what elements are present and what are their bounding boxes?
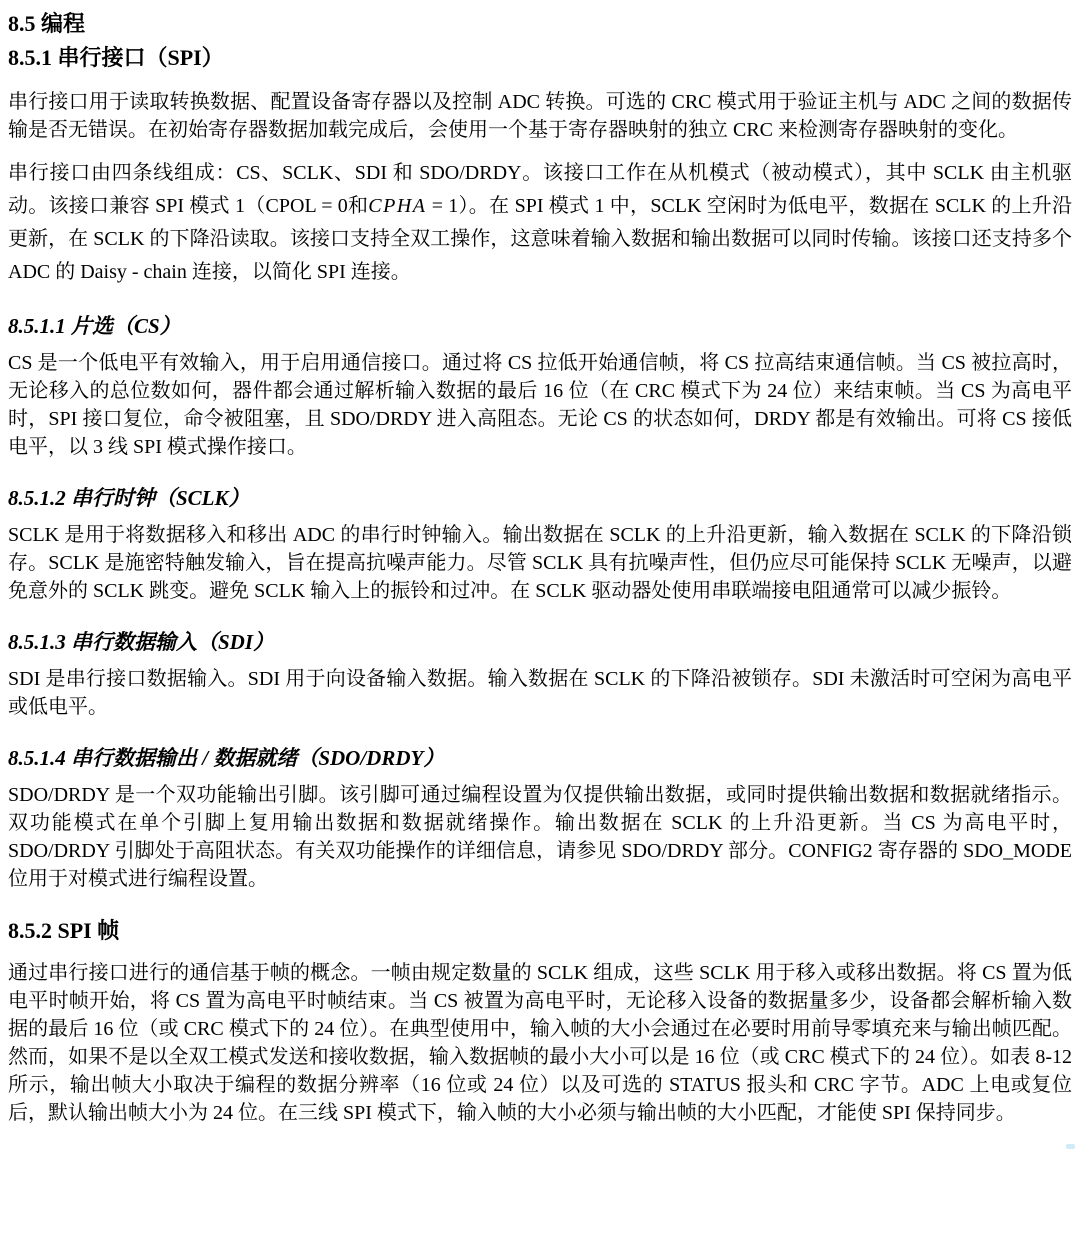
section-8-5-1-1-heading: 8.5.1.1 片选（CS） (8, 313, 1072, 340)
paragraph-spi-frame: 通过串行接口进行的通信基于帧的概念。一帧由规定数量的 SCLK 组成，这些 SC… (8, 959, 1072, 1127)
section-8-5-2-heading: 8.5.2 SPI 帧 (8, 917, 1072, 945)
paragraph-chip-select: CS 是一个低电平有效输入，用于启用通信接口。通过将 CS 拉低开始通信帧，将 … (8, 349, 1072, 461)
paragraph-serial-clock: SCLK 是用于将数据移入和移出 ADC 的串行时钟输入。输出数据在 SCLK … (8, 521, 1072, 605)
section-8-5-heading: 8.5 编程 (8, 10, 1072, 38)
section-8-5-1-2-heading: 8.5.1.2 串行时钟（SCLK） (8, 485, 1072, 512)
paragraph-spi-wires: 串行接口由四条线组成：CS、SCLK、SDI 和 SDO/DRDY。该接口工作在… (8, 157, 1072, 289)
paragraph-sdo-drdy: SDO/DRDY 是一个双功能输出引脚。该引脚可通过编程设置为仅提供输出数据，或… (8, 781, 1072, 893)
section-8-5-1-heading: 8.5.1 串行接口（SPI） (8, 44, 1072, 72)
cpha-math-term: CPHA (368, 195, 426, 217)
document-page: 8.5 编程 8.5.1 串行接口（SPI） 串行接口用于读取转换数据、配置设备… (0, 0, 1080, 1237)
section-8-5-1-3-heading: 8.5.1.3 串行数据输入（SDI） (8, 629, 1072, 656)
paragraph-serial-data-input: SDI 是串行接口数据输入。SDI 用于向设备输入数据。输入数据在 SCLK 的… (8, 665, 1072, 721)
stray-highlight-mark (1066, 1144, 1075, 1149)
paragraph-spi-overview: 串行接口用于读取转换数据、配置设备寄存器以及控制 ADC 转换。可选的 CRC … (8, 88, 1072, 144)
section-8-5-1-4-heading: 8.5.1.4 串行数据输出 / 数据就绪（SDO/DRDY） (8, 745, 1072, 772)
